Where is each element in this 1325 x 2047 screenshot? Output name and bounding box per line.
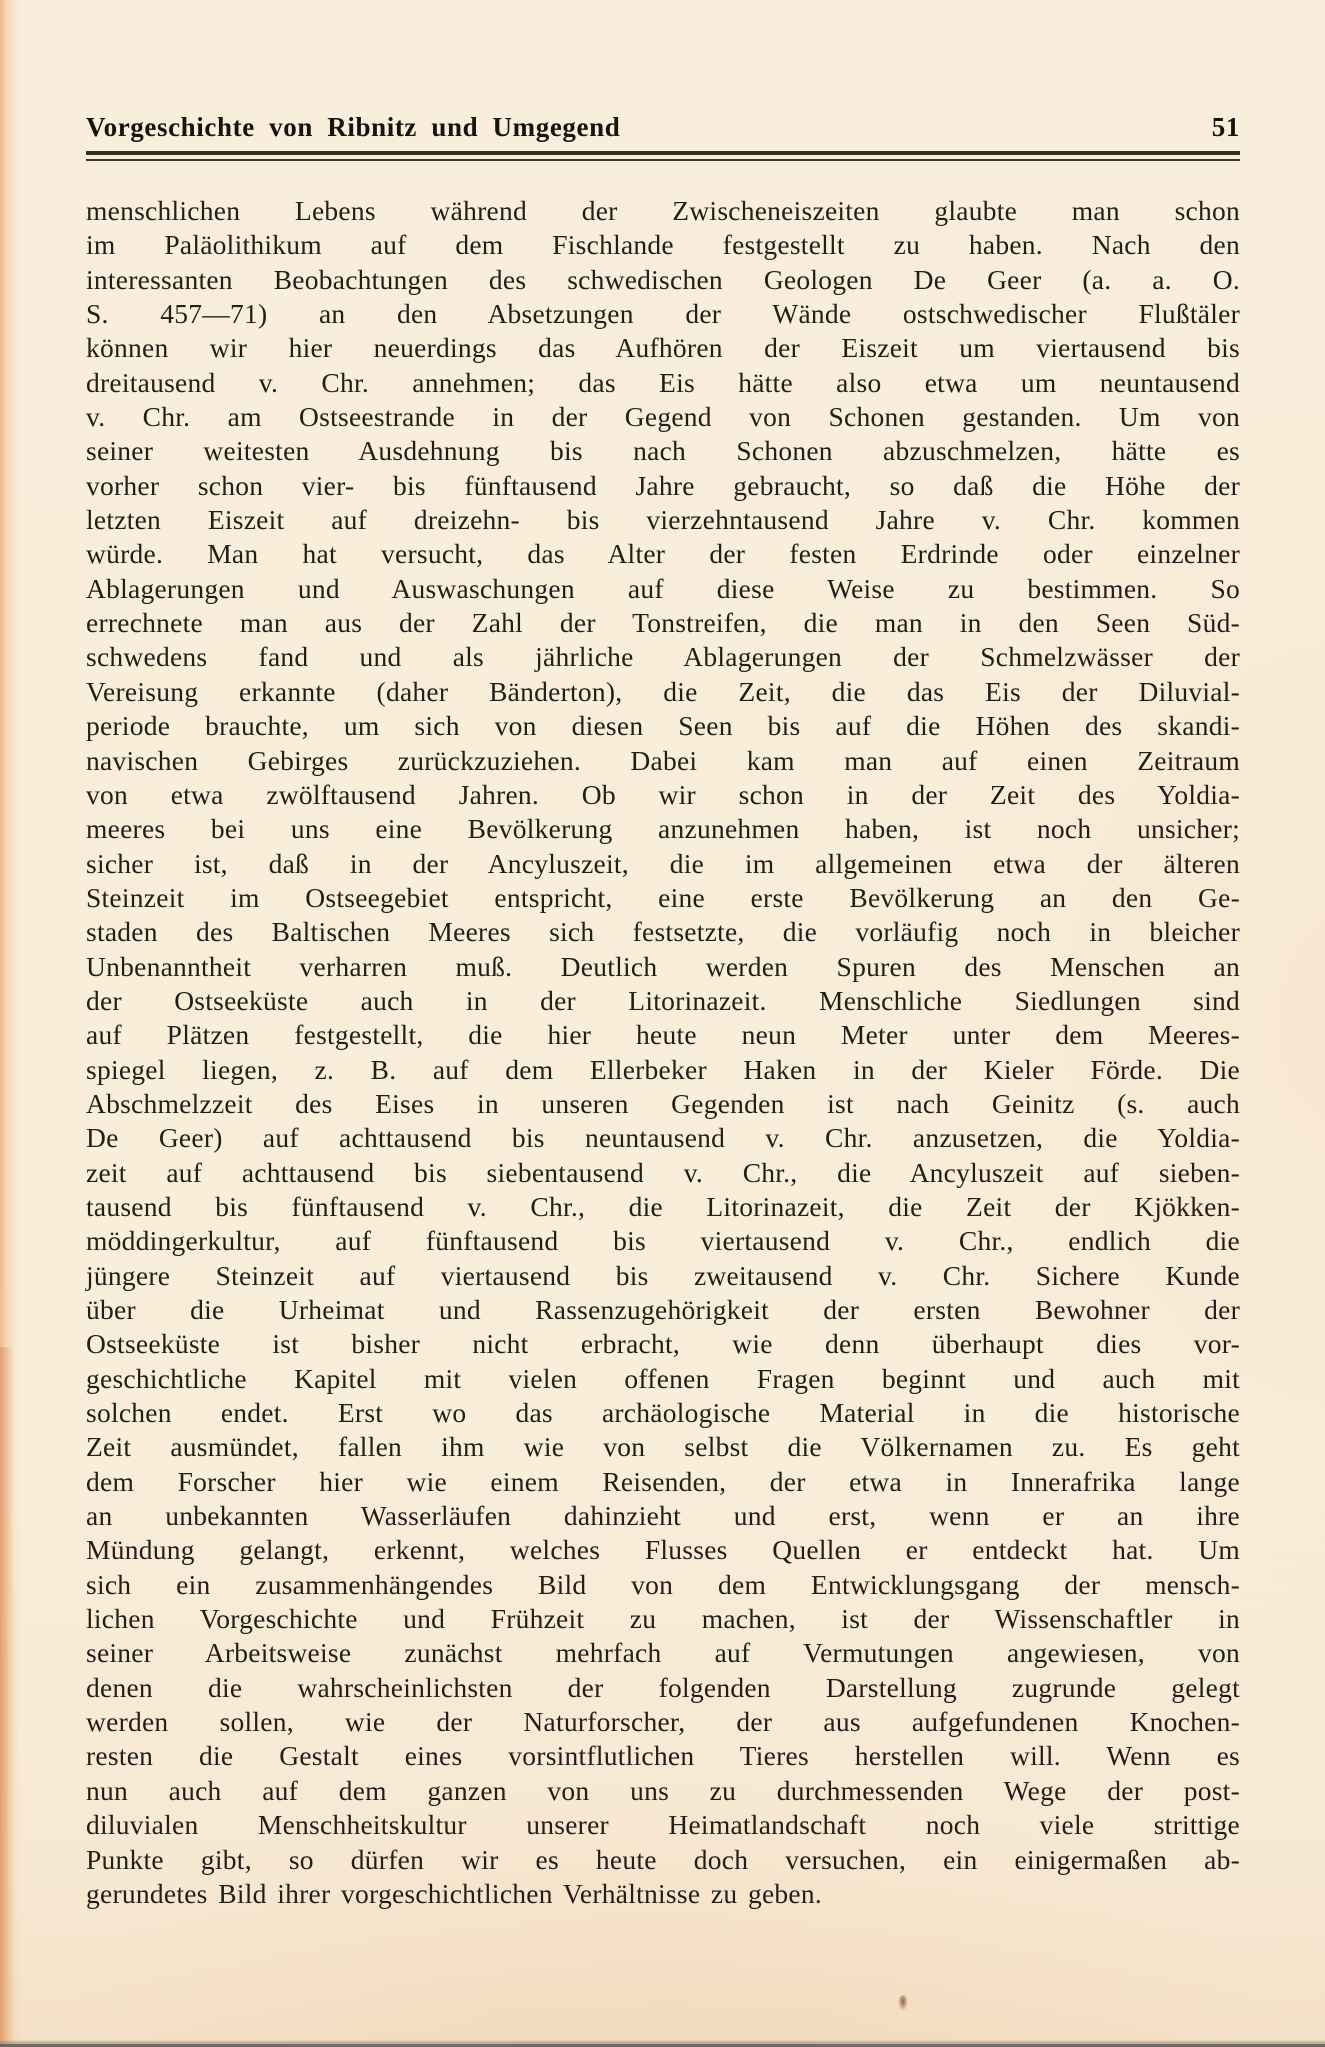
header-rule: [86, 151, 1240, 161]
text-line: periode brauchte, um sich von diesen See…: [86, 709, 1240, 743]
text-line: im Paläolithikum auf dem Fischlande fest…: [86, 228, 1240, 262]
text-line: staden des Baltischen Meeres sich festse…: [86, 915, 1240, 949]
text-line: solchen endet. Erst wo das archäologisch…: [86, 1396, 1240, 1430]
scan-bottom-edge: [0, 2040, 1325, 2047]
text-line: jüngere Steinzeit auf viertausend bis zw…: [86, 1259, 1240, 1293]
text-line: dem Forscher hier wie einem Reisenden, d…: [86, 1465, 1240, 1499]
text-line: von etwa zwölftausend Jahren. Ob wir sch…: [86, 778, 1240, 812]
text-line: schwedens fand und als jährliche Ablager…: [86, 640, 1240, 674]
text-line: Steinzeit im Ostseegebiet entspricht, ei…: [86, 881, 1240, 915]
text-line: seiner weitesten Ausdehnung bis nach Sch…: [86, 434, 1240, 468]
text-line: denen die wahrscheinlichsten der folgend…: [86, 1671, 1240, 1705]
page-number: 51: [1212, 112, 1240, 143]
paper-stain: [898, 1995, 908, 2011]
text-line: werden sollen, wie der Naturforscher, de…: [86, 1705, 1240, 1739]
text-line: dreitausend v. Chr. annehmen; das Eis hä…: [86, 366, 1240, 400]
text-line: an unbekannten Wasserläufen dahinzieht u…: [86, 1499, 1240, 1533]
text-line: Abschmelzzeit des Eises in unseren Gegen…: [86, 1087, 1240, 1121]
text-line: De Geer) auf achttausend bis neuntausend…: [86, 1121, 1240, 1155]
text-line: können wir hier neuerdings das Aufhören …: [86, 331, 1240, 365]
text-line: resten die Gestalt eines vorsintflutlich…: [86, 1739, 1240, 1773]
text-line: der Ostseeküste auch in der Litorinazeit…: [86, 984, 1240, 1018]
text-line: Unbenanntheit verharren muß. Deutlich we…: [86, 950, 1240, 984]
text-line: Ostseeküste ist bisher nicht erbracht, w…: [86, 1327, 1240, 1361]
scan-left-edge-lower: [0, 1347, 14, 2047]
text-line: zeit auf achttausend bis siebentausend v…: [86, 1156, 1240, 1190]
text-line: S. 457—71) an den Absetzungen der Wände …: [86, 297, 1240, 331]
text-line: diluvialen Menschheitskultur unserer Hei…: [86, 1808, 1240, 1842]
text-line: Mündung gelangt, erkennt, welches Flusse…: [86, 1533, 1240, 1567]
text-line: meeres bei uns eine Bevölkerung anzunehm…: [86, 812, 1240, 846]
text-line: navischen Gebirges zurückzuziehen. Dabei…: [86, 744, 1240, 778]
text-line: über die Urheimat und Rassenzugehörigkei…: [86, 1293, 1240, 1327]
page-text: menschlichen Lebens während der Zwischen…: [86, 194, 1240, 1911]
text-line: sich ein zusammenhängendes Bild von dem …: [86, 1568, 1240, 1602]
text-line: letzten Eiszeit auf dreizehn- bis vierze…: [86, 503, 1240, 537]
text-line: würde. Man hat versucht, das Alter der f…: [86, 537, 1240, 571]
text-line: geschichtliche Kapitel mit vielen offene…: [86, 1362, 1240, 1396]
text-line: lichen Vorgeschichte und Frühzeit zu mac…: [86, 1602, 1240, 1636]
text-line: gerundetes Bild ihrer vorgeschichtlichen…: [86, 1877, 1240, 1911]
book-page: Vorgeschichte von Ribnitz und Umgegend 5…: [0, 0, 1325, 2047]
text-line: v. Chr. am Ostseestrande in der Gegend v…: [86, 400, 1240, 434]
text-line: sicher ist, daß in der Ancyluszeit, die …: [86, 847, 1240, 881]
page-content: Vorgeschichte von Ribnitz und Umgegend 5…: [86, 112, 1240, 1911]
header-title: Vorgeschichte von Ribnitz und Umgegend: [86, 112, 620, 143]
text-line: Zeit ausmündet, fallen ihm wie von selbs…: [86, 1430, 1240, 1464]
text-line: Punkte gibt, so dürfen wir es heute doch…: [86, 1843, 1240, 1877]
text-line: möddingerkultur, auf fünftausend bis vie…: [86, 1224, 1240, 1258]
text-line: Ablagerungen und Auswaschungen auf diese…: [86, 572, 1240, 606]
running-header: Vorgeschichte von Ribnitz und Umgegend 5…: [86, 112, 1240, 143]
text-line: Vereisung erkannte (daher Bänderton), di…: [86, 675, 1240, 709]
text-line: auf Plätzen festgestellt, die hier heute…: [86, 1018, 1240, 1052]
text-line: seiner Arbeitsweise zunächst mehrfach au…: [86, 1636, 1240, 1670]
text-line: vorher schon vier- bis fünftausend Jahre…: [86, 469, 1240, 503]
text-line: errechnete man aus der Zahl der Tonstrei…: [86, 606, 1240, 640]
text-line: nun auch auf dem ganzen von uns zu durch…: [86, 1774, 1240, 1808]
scan-left-edge: [0, 0, 20, 2047]
text-line: tausend bis fünftausend v. Chr., die Lit…: [86, 1190, 1240, 1224]
text-line: interessanten Beobachtungen des schwedis…: [86, 263, 1240, 297]
text-line: menschlichen Lebens während der Zwischen…: [86, 194, 1240, 228]
text-line: spiegel liegen, z. B. auf dem Ellerbeker…: [86, 1053, 1240, 1087]
